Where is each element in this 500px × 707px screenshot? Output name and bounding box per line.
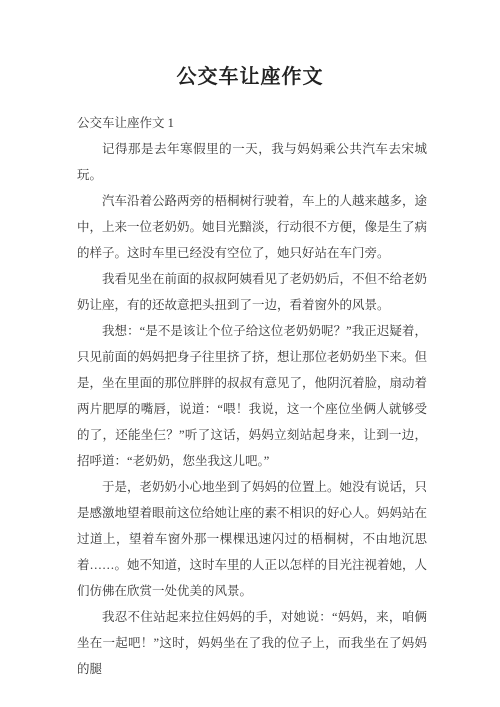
essay-paragraph-4: 我想：“是不是该让个位子给这位老奶奶呢？”我正迟疑着，只见前面的妈妈把身子往里挤… — [77, 318, 427, 474]
essay-paragraph-3: 我看见坐在前面的叔叔阿姨看见了老奶奶后，不但不给老奶奶让座，有的还故意把头扭到了… — [77, 266, 427, 318]
document-body: 公交车让座作文 1 记得那是去年寒假里的一天，我与妈妈乘公共汽车去宋城玩。 汽车… — [77, 110, 427, 682]
essay-paragraph-1: 记得那是去年寒假里的一天，我与妈妈乘公共汽车去宋城玩。 — [77, 136, 427, 188]
essay-paragraph-6: 我忍不住站起来拉住妈妈的手，对她说：“妈妈，来，咱俩坐在一起吧！”这时，妈妈坐在… — [77, 604, 427, 682]
document-title: 公交车让座作文 — [0, 0, 500, 93]
essay-paragraph-5: 于是，老奶奶小心地坐到了妈妈的位置上。她没有说话，只是感激地望着眼前这位给她让座… — [77, 474, 427, 604]
essay-paragraph-2: 汽车沿着公路两旁的梧桐树行驶着，车上的人越来越多，途中，上来一位老奶奶。她目光黯… — [77, 188, 427, 266]
document-page: 公交车让座作文 公交车让座作文 1 记得那是去年寒假里的一天，我与妈妈乘公共汽车… — [0, 0, 500, 707]
essay-subtitle: 公交车让座作文 1 — [77, 110, 427, 136]
